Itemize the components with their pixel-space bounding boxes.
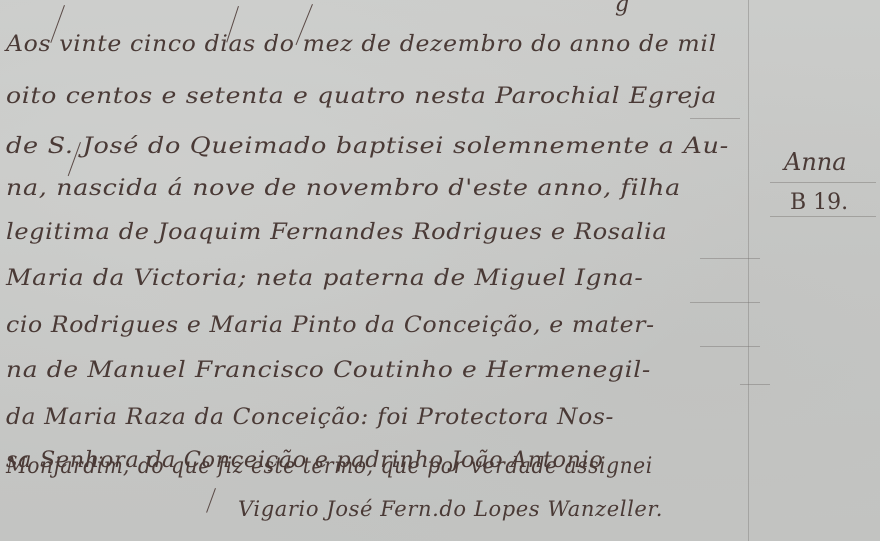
record-line-1: Aos vinte cinco dias do mez de dezembro … [6,32,717,57]
margin-note-entry-code: B 19. [790,190,848,215]
record-line-7: cio Rodrigues e Maria Pinto da Conceição… [6,313,655,338]
record-line-3: de S. José do Queimado baptisei solemnem… [6,134,729,159]
priest-signature: Vigario José Fern.do Lopes Wanzeller. [238,497,663,521]
register-page: g Aos vinte cinco dias do mez de dezembr… [0,0,880,541]
margin-note-name: Anna [784,148,847,176]
record-line-2: oito centos e setenta e quatro nesta Par… [6,84,717,109]
record-line-5: legitima de Joaquim Fernandes Rodrigues … [6,220,667,245]
line-end-rule [690,118,740,119]
cropped-ascender-fragment: g [615,0,629,17]
record-line-8: na de Manuel Francisco Coutinho e Hermen… [6,358,651,383]
line-end-rule [700,258,760,259]
margin-underline-2 [770,216,876,217]
margin-underline-1 [770,182,876,183]
line-end-rule [690,302,760,303]
margin-rule-line [748,0,749,541]
line-end-rule [700,346,760,347]
descender-stroke [206,488,216,513]
record-line-9: da Maria Raza da Conceição: foi Protecto… [6,405,614,430]
line-end-rule [740,384,770,385]
record-line-4: na, nascida á nove de novembro d'este an… [6,176,681,201]
record-line-11: Monjardim; do que fiz este termo, que po… [6,454,653,479]
record-line-6: Maria da Victoria; neta paterna de Migue… [6,266,644,291]
